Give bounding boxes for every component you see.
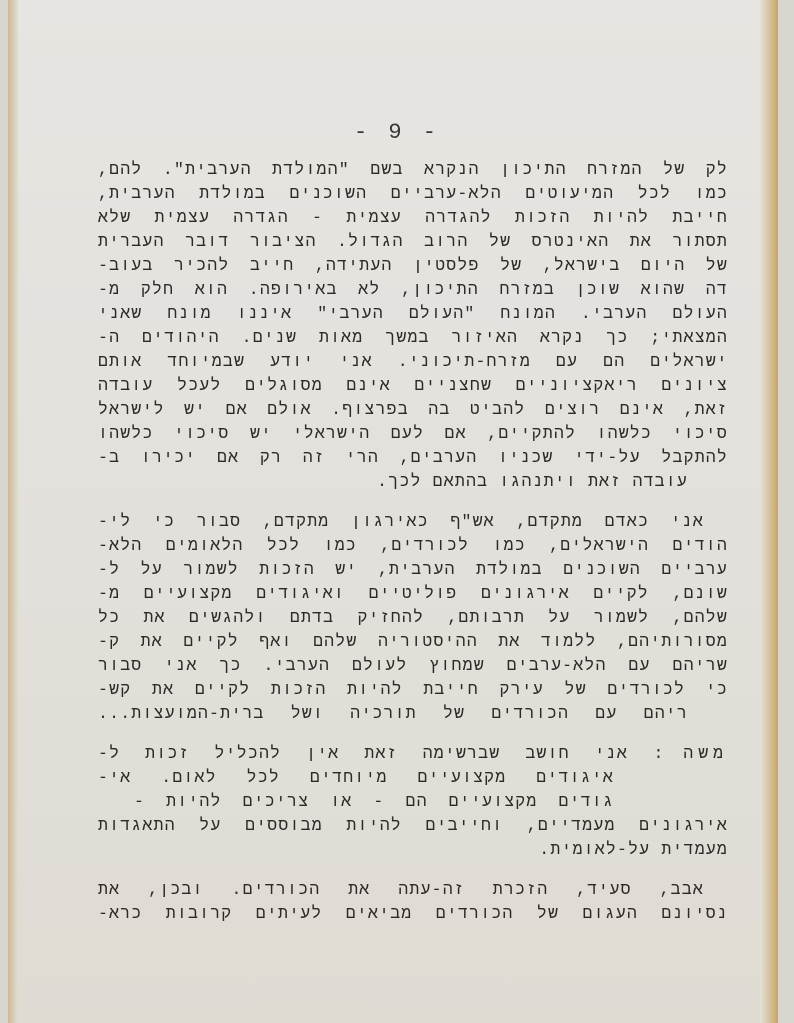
speaker-label: משה : (653, 742, 728, 766)
text-line: שריהם עם הלא-ערבים שמחוץ לעולם הערבי. כך… (98, 654, 728, 678)
text-line: איגודים מקצועיים מיוחדים לכל לאום. אי- (98, 766, 614, 790)
text-line: ציונים ריאקציוניים שחצניים אינם מסוגלים … (98, 374, 728, 398)
text-line: אבב, סעיד, הזכרת זה-עתה את הכורדים. ובכן… (98, 878, 704, 902)
text-line: אני חושב שברשימה זאת אין להכליל זכות ל- (98, 742, 628, 766)
text-line: מעמדית על-לאומית. (539, 838, 728, 862)
text-line: להתקבל על-ידי שכניו הערבים, הרי זה רק אם… (98, 446, 728, 470)
text-line: כמו לכל המיעוטים הלא-ערביים השוכנים במול… (98, 182, 728, 206)
text-line: הודים הישראלים, כמו לכורדים, כמו לכל הלא… (98, 534, 728, 558)
text-line: לק של המזרח התיכון הנקרא בשם "המולדת הער… (98, 158, 728, 182)
text-line: מסורותיהם, ללמוד את ההיסטוריה שלהם ואף ל… (98, 630, 728, 654)
text-line: של היום בישראל, של פלסטין העתידה, חייב ל… (98, 254, 728, 278)
text-line: ריהם עם הכורדים של תורכיה ושל ברית-המועצ… (98, 702, 688, 726)
text-line: העולם הערבי. המונח "העולם הערבי" איננו מ… (98, 302, 728, 326)
text-line: ערביים השוכנים במולדת הערבית, יש הזכות ל… (98, 558, 728, 582)
text-line: גודים מקצועיים הם - או צריכים להיות - (134, 790, 614, 814)
text-line: סיכוי כלשהו להתקיים, אם לעם הישראלי יש ס… (98, 422, 728, 446)
text-line: דה שהוא שוכן במזרח התיכון, לא באירופה. ה… (98, 278, 728, 302)
text-line: כי לכורדים של עירק חייבת להיות הזכות לקי… (98, 678, 728, 702)
text-line: עובדה זאת ויתנהגו בהתאם לכך. (377, 470, 688, 494)
typewritten-text: - 9 - לק של המזרח התיכון הנקרא בשם "המול… (0, 0, 794, 1023)
text-line: אירגונים מעמדיים, וחייבים להיות מבוססים … (98, 814, 728, 838)
text-line: שלהם, לשמור על תרבותם, להחזיק בדתם ולהגש… (98, 606, 728, 630)
text-line: תסתור את האינטרס של הרוב הגדול. הציבור ד… (98, 230, 728, 254)
page-number: - 9 - (0, 120, 794, 145)
text-line: אני כאדם מתקדם, אש"ף כאירגון מתקדם, סבור… (98, 510, 704, 534)
text-line: נסיונם העגום של הכורדים מביאים לעיתים קר… (98, 902, 728, 926)
text-line: המצאתי; כך נקרא האיזור במשך מאות שנים. ה… (98, 326, 728, 350)
text-line: שונם, לקיים אירגונים פוליטיים ואיגודים מ… (98, 582, 728, 606)
text-line: זאת, אינם רוצים להביט בה בפרצוף. אולם אם… (98, 398, 728, 422)
text-line: ישראלים הם עם מזרח-תיכוני. אני יודע שבמי… (98, 350, 728, 374)
text-line: חייבת להיות הזכות להגדרה עצמית - הגדרה ע… (98, 206, 728, 230)
